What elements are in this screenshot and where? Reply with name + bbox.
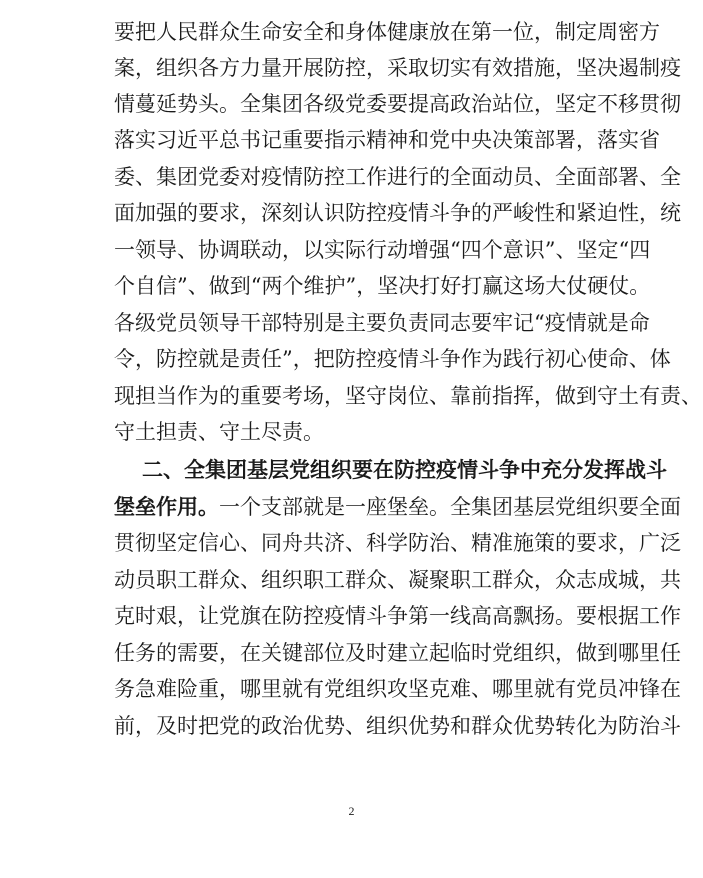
text-line: 守土担责、守土尽责。 [114, 417, 636, 447]
page-number: 2 [0, 804, 703, 819]
document-page: 要把人民群众生命安全和身体健康放在第一位，制定周密方 案，组织各方力量开展防控，… [0, 0, 703, 878]
text-line: 现担当作为的重要考场，坚守岗位、靠前指挥，做到守土有责、 [114, 381, 636, 411]
text-line: 情蔓延势头。全集团各级党委要提高政治站位，坚定不移贯彻 [114, 89, 636, 119]
text-line: 贯彻坚定信心、同舟共济、科学防治、精准施策的要求，广泛 [114, 528, 636, 558]
text-line: 务急难险重，哪里就有党组织攻坚克难、哪里就有党员冲锋在 [114, 674, 636, 704]
text-line: 落实习近平总书记重要指示精神和党中央决策部署，落实省 [114, 125, 636, 155]
text-line: 前，及时把党的政治优势、组织优势和群众优势转化为防治斗 [114, 711, 636, 741]
text-line: 堡垒作用。一个支部就是一座堡垒。全集团基层党组织要全面 [114, 492, 636, 522]
section-heading: 二、全集团基层党组织要在防控疫情斗争中充分发挥战斗 [142, 455, 636, 485]
text-line: 个自信”、做到“两个维护”，坚决打好打赢这场大仗硬仗。 [114, 271, 636, 301]
section-heading-text: 堡垒作用。 [114, 495, 219, 519]
text-line: 要把人民群众生命安全和身体健康放在第一位，制定周密方 [114, 17, 636, 47]
text-line: 任务的需要，在关键部位及时建立起临时党组织，做到哪里任 [114, 638, 636, 668]
text-line: 一领导、协调联动，以实际行动增强“四个意识”、坚定“四 [114, 235, 636, 265]
text-line: 动员职工群众、组织职工群众、凝聚职工群众，众志成城，共 [114, 565, 636, 595]
text-line: 面加强的要求，深刻认识防控疫情斗争的严峻性和紧迫性，统 [114, 198, 636, 228]
text-line: 委、集团党委对疫情防控工作进行的全面动员、全面部署、全 [114, 162, 636, 192]
text-line: 案，组织各方力量开展防控，采取切实有效措施，坚决遏制疫 [114, 53, 636, 83]
text-line: 令，防控就是责任”，把防控疫情斗争作为践行初心使命、体 [114, 344, 636, 374]
text-line: 克时艰，让党旗在防控疫情斗争第一线高高飘扬。要根据工作 [114, 601, 636, 631]
section-heading-text: 二、全集团基层党组织要在防控疫情斗争中充分发挥战斗 [142, 458, 667, 482]
body-text: 一个支部就是一座堡垒。全集团基层党组织要全面 [219, 495, 681, 519]
text-line: 各级党员领导干部特别是主要负责同志要牢记“疫情就是命 [114, 308, 636, 338]
